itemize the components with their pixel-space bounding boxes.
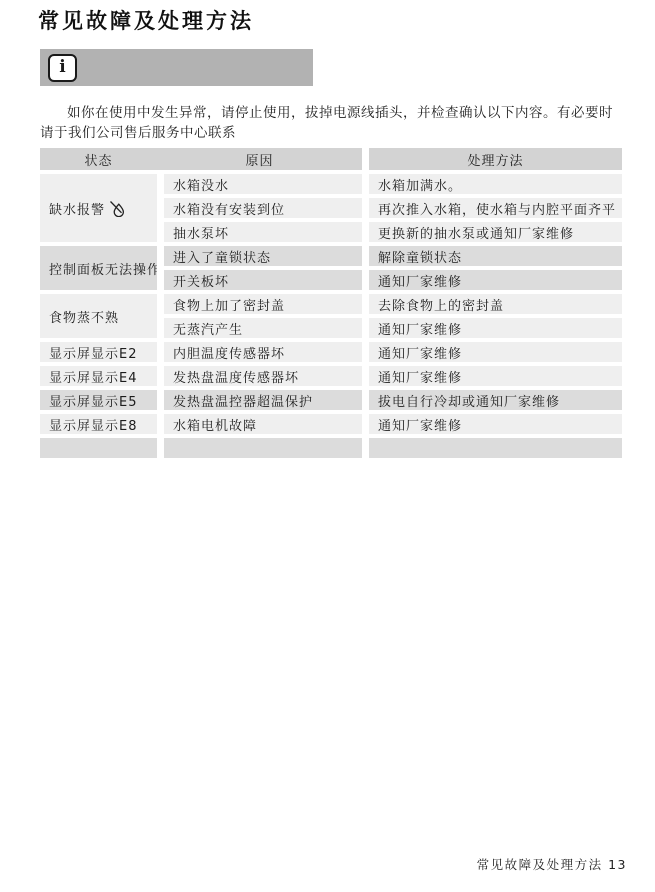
cause-cell <box>164 438 362 458</box>
page-footer: 常见故障及处理方法 13 <box>477 855 627 873</box>
status-label: 显示屏显示E2 <box>49 343 138 362</box>
status-label: 控制面板无法操作 <box>49 259 157 278</box>
status-cell: 食物蒸不熟 <box>40 294 157 338</box>
cause-cell: 进入了童锁状态 <box>164 246 362 266</box>
fault-table: 状态 原因 处理方法 缺水报警水箱没水水箱加满水。水箱没有安装到位再次推入水箱，… <box>40 148 622 458</box>
status-cell: 显示屏显示E8 <box>40 414 157 434</box>
solution-cell: 更换新的抽水泵或通知厂家维修 <box>369 222 622 242</box>
page-title: 常见故障及处理方法 <box>38 5 254 35</box>
solution-cell: 解除童锁状态 <box>369 246 622 266</box>
solution-cell: 去除食物上的密封盖 <box>369 294 622 314</box>
cause-cell: 抽水泵坏 <box>164 222 362 242</box>
solution-cell: 通知厂家维修 <box>369 366 622 386</box>
status-label: 缺水报警 <box>49 199 105 218</box>
cause-cell: 水箱电机故障 <box>164 414 362 434</box>
status-cell: 显示屏显示E5 <box>40 390 157 410</box>
status-label: 显示屏显示E4 <box>49 367 138 386</box>
status-label: 显示屏显示E5 <box>49 391 138 410</box>
cause-cell: 发热盘温控器超温保护 <box>164 390 362 410</box>
info-icon: i <box>48 54 77 82</box>
header-status: 状态 <box>40 150 157 169</box>
intro-paragraph: 如你在使用中发生异常，请停止使用，拔掉电源线插头，并检查确认以下内容。有必要时请… <box>40 104 626 143</box>
solution-cell: 通知厂家维修 <box>369 342 622 362</box>
header-solution: 处理方法 <box>369 148 622 170</box>
cause-cell: 开关板坏 <box>164 270 362 290</box>
solution-cell: 水箱加满水。 <box>369 174 622 194</box>
solution-cell <box>369 438 622 458</box>
status-cell: 控制面板无法操作 <box>40 246 157 290</box>
header-cause: 原因 <box>157 150 362 169</box>
solution-cell: 拔电自行冷却或通知厂家维修 <box>369 390 622 410</box>
solution-cell: 通知厂家维修 <box>369 414 622 434</box>
table-header-left: 状态 原因 <box>40 148 362 170</box>
cause-cell: 水箱没有安装到位 <box>164 198 362 218</box>
solution-cell: 通知厂家维修 <box>369 270 622 290</box>
status-cell: 缺水报警 <box>40 174 157 242</box>
cause-cell: 无蒸汽产生 <box>164 318 362 338</box>
info-banner: i <box>40 49 313 86</box>
info-icon-glyph: i <box>59 59 65 76</box>
no-water-drop-icon <box>109 200 126 217</box>
status-label: 食物蒸不熟 <box>49 307 119 326</box>
cause-cell: 内胆温度传感器坏 <box>164 342 362 362</box>
manual-page: 常见故障及处理方法 i 如你在使用中发生异常，请停止使用，拔掉电源线插头，并检查… <box>0 0 655 892</box>
status-label: 显示屏显示E8 <box>49 415 138 434</box>
cause-cell: 食物上加了密封盖 <box>164 294 362 314</box>
cause-cell: 发热盘温度传感器坏 <box>164 366 362 386</box>
status-cell: 显示屏显示E4 <box>40 366 157 386</box>
status-cell: 显示屏显示E2 <box>40 342 157 362</box>
status-cell <box>40 438 157 458</box>
solution-cell: 再次推入水箱，使水箱与内腔平面齐平 <box>369 198 622 218</box>
solution-cell: 通知厂家维修 <box>369 318 622 338</box>
cause-cell: 水箱没水 <box>164 174 362 194</box>
